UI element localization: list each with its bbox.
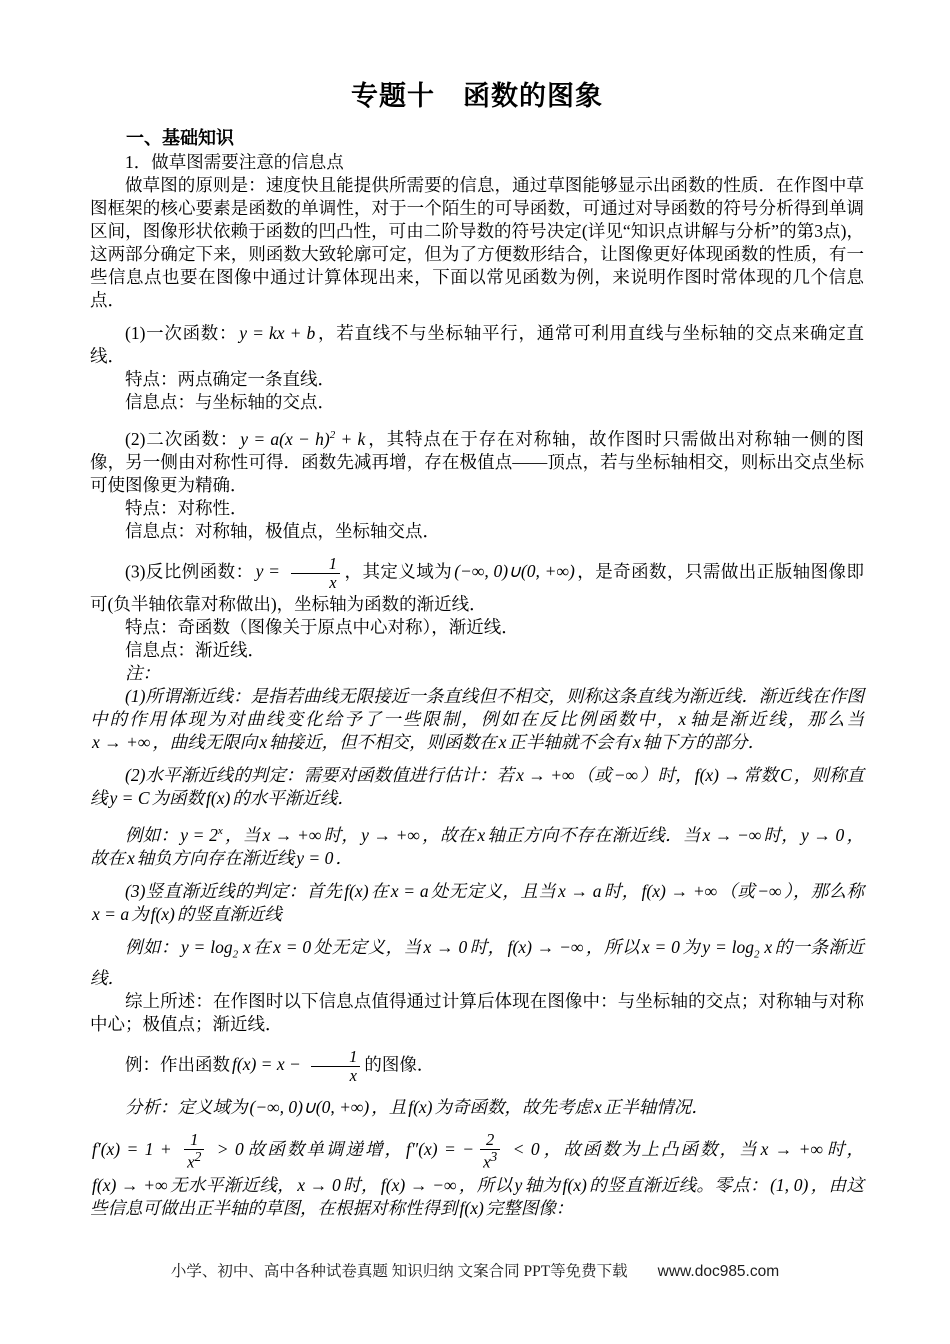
paragraph: 信息点：对称轴，极值点，坐标轴交点．: [90, 520, 864, 543]
footer-text: 小学、初中、高中各种试卷真题 知识归纳 文案合同 PPT等免费下载: [171, 1263, 628, 1280]
paragraph: (1)一次函数：y = kx + b，若直线不与坐标轴平行，通常可利用直线与坐标…: [90, 322, 864, 368]
paragraph: 综上所述：在作图时以下信息点值得通过计算后体现在图像中：与坐标轴的交点；对称轴与…: [90, 990, 864, 1036]
math-formula: y → 0: [799, 825, 846, 845]
paragraph: 特点：对称性．: [90, 497, 864, 520]
document-page: 专题十 函数的图象 一、基础知识1．做草图需要注意的信息点做草图的原则是：速度快…: [0, 0, 950, 1344]
math-formula: x → +∞: [261, 825, 324, 845]
paragraph: 特点：奇函数（图像关于原点中心对称），渐近线．: [90, 616, 864, 639]
paragraph: 信息点：与坐标轴的交点．: [90, 391, 864, 414]
paragraph: 特点：两点确定一条直线．: [90, 368, 864, 391]
math-formula: f(x) → +∞: [640, 881, 720, 901]
math-formula: y = 0: [294, 848, 335, 868]
page-title: 专题十 函数的图象: [90, 80, 864, 112]
math-formula: (1, 0): [768, 1175, 810, 1195]
paragraph: 信息点：渐近线．: [90, 639, 864, 662]
math-formula: y = log2 x: [700, 937, 774, 957]
math-formula: −∞: [612, 765, 640, 785]
math-formula: f(x): [406, 1097, 434, 1117]
math-formula: f(x): [561, 1175, 589, 1195]
math-formula: x → +∞: [90, 732, 152, 752]
paragraph: (2)二次函数：y = a(x − h)2 + k，其特点在于存在对称轴，故作图…: [90, 424, 864, 497]
math-formula: f(x) →: [693, 765, 743, 785]
page-footer: 小学、初中、高中各种试卷真题 知识归纳 文案合同 PPT等免费下载www.doc…: [0, 1262, 950, 1282]
math-formula: f′(x) = 1 +: [90, 1139, 180, 1159]
paragraph: 做草图的原则是：速度快且能提供所需要的信息，通过草图能够显示出函数的性质．在作图…: [90, 174, 864, 312]
math-formula: y = 2x: [178, 825, 224, 845]
math-formula: f(x) → +∞: [90, 1175, 170, 1195]
math-fraction: 1x: [308, 1048, 363, 1085]
math-formula: x → 0: [295, 1175, 343, 1195]
math-formula: x → 0: [422, 937, 470, 957]
math-formula: x: [125, 848, 137, 868]
document-content: 专题十 函数的图象 一、基础知识1．做草图需要注意的信息点做草图的原则是：速度快…: [0, 0, 950, 1220]
math-formula: x: [257, 732, 269, 752]
math-formula: x → −∞: [700, 825, 763, 845]
math-formula: y = a(x − h)2 + k: [238, 429, 367, 449]
paragraph: 1．做草图需要注意的信息点: [90, 151, 864, 174]
math-formula: y: [513, 1175, 525, 1195]
math-formula: (−∞, 0)∪(0, +∞): [248, 1097, 372, 1117]
math-formula: x = 0: [271, 937, 313, 957]
math-formula: x = a: [389, 881, 431, 901]
paragraph: (1)所谓渐近线：是指若曲线无限接近一条直线但不相交，则称这条直线为渐近线．渐近…: [90, 685, 864, 754]
math-formula: y =: [254, 561, 287, 581]
math-fraction: 1x: [288, 555, 343, 592]
math-formula: x: [475, 825, 487, 845]
math-formula: f(x): [149, 904, 177, 924]
paragraph: 例如：y = log2 x在x = 0处无定义，当x → 0时，f(x) → −…: [90, 936, 864, 990]
math-formula: x → +∞: [514, 765, 576, 785]
math-formula: f″(x) = −: [404, 1139, 476, 1159]
math-formula: y = log2 x: [179, 937, 253, 957]
footer-url: www.doc985.com: [658, 1263, 779, 1280]
math-formula: x → a: [556, 881, 604, 901]
math-formula: x → +∞: [759, 1139, 825, 1159]
math-formula: f(x) → −∞: [506, 937, 586, 957]
math-formula: < 0: [504, 1139, 541, 1159]
math-formula: y = C: [108, 788, 152, 808]
paragraph: f′(x) = 1 + 1x2 > 0故函数单调递增，f″(x) = −2x3 …: [90, 1129, 864, 1219]
math-formula: C: [778, 765, 794, 785]
document-body: 一、基础知识1．做草图需要注意的信息点做草图的原则是：速度快且能提供所需要的信息…: [90, 126, 864, 1220]
math-formula: x: [676, 709, 688, 729]
math-formula: f(x): [204, 788, 232, 808]
math-formula: x = 0: [640, 937, 682, 957]
math-formula: > 0: [208, 1139, 245, 1159]
paragraph: (3)竖直渐近线的判定：首先f(x)在x = a处无定义，且当x → a时，f(…: [90, 880, 864, 926]
section-heading: 一、基础知识: [90, 126, 864, 150]
math-fraction: 1x2: [181, 1131, 207, 1171]
math-formula: y = kx + b: [237, 323, 317, 343]
math-formula: f(x) → −∞: [379, 1175, 459, 1195]
paragraph: (3)反比例函数：y = 1x，其定义域为(−∞, 0)∪(0, +∞)，是奇函…: [90, 553, 864, 617]
math-formula: f(x): [342, 881, 370, 901]
math-formula: f(x) = x −: [230, 1054, 307, 1074]
math-formula: x = a: [90, 904, 131, 924]
paragraph: 例：作出函数f(x) = x − 1x的图像．: [90, 1046, 864, 1087]
paragraph: (2)水平渐近线的判定：需要对函数值进行估计：若x → +∞（或−∞）时，f(x…: [90, 764, 864, 810]
paragraph: 注：: [90, 662, 864, 685]
math-formula: x: [631, 732, 643, 752]
math-formula: x: [592, 1097, 604, 1117]
math-formula: (−∞, 0)∪(0, +∞): [452, 561, 577, 581]
math-fraction: 2x3: [477, 1131, 503, 1171]
math-formula: f(x): [458, 1198, 486, 1218]
paragraph: 例如：y = 2x，当x → +∞时，y → +∞，故在x轴正方向不存在渐近线．…: [90, 820, 864, 870]
math-formula: x: [497, 732, 509, 752]
paragraph: 分析：定义域为(−∞, 0)∪(0, +∞)，且f(x)为奇函数，故先考虑x正半…: [90, 1096, 864, 1119]
math-formula: −∞: [755, 881, 783, 901]
math-formula: y → +∞: [359, 825, 422, 845]
